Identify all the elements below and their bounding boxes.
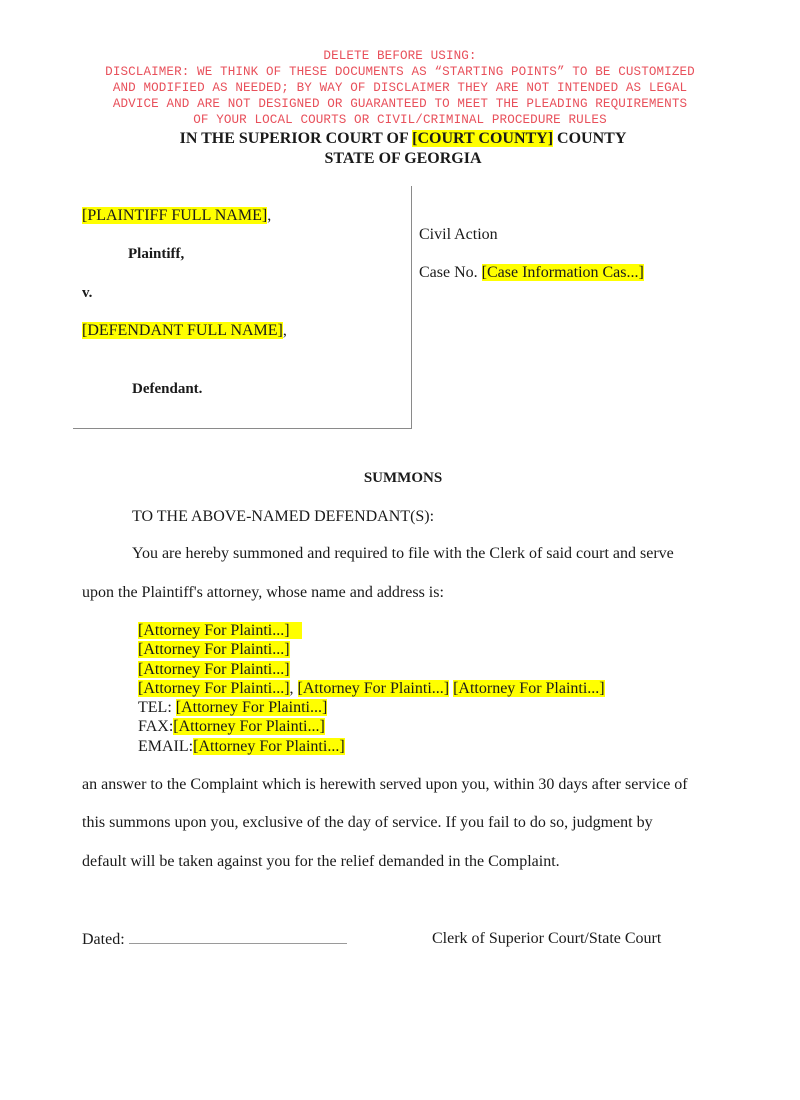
disclaimer-line: AND MODIFIED AS NEEDED; BY WAY OF DISCLA… — [0, 80, 800, 96]
caption-divider-vertical — [411, 186, 412, 429]
paragraph-1-line-2: upon the Plaintiff's attorney, whose nam… — [82, 583, 444, 603]
attorney-line-3: [Attorney For Plainti...] — [138, 660, 605, 679]
comma: , — [267, 207, 271, 224]
comma: , — [283, 322, 287, 339]
attorney-email-line: EMAIL:[Attorney For Plainti...] — [138, 737, 605, 756]
attorney-line-2: [Attorney For Plainti...] — [138, 640, 605, 659]
court-name-line: IN THE SUPERIOR COURT OF [COURT COUNTY] … — [0, 129, 800, 149]
defendant-label: Defendant. — [132, 379, 202, 399]
plaintiff-label: Plaintiff, — [128, 244, 184, 264]
attorney-field[interactable]: [Attorney For Plainti...] — [138, 641, 290, 658]
defendant-name-line: [DEFENDANT FULL NAME], — [82, 321, 287, 341]
paragraph-2-line-2: this summons upon you, exclusive of the … — [82, 813, 653, 833]
date-signature-blank[interactable] — [129, 929, 347, 944]
salutation: TO THE ABOVE-NAMED DEFENDANT(S): — [132, 507, 434, 527]
paragraph-2-line-3: default will be taken against you for th… — [82, 852, 560, 872]
case-no-label: Case No. — [419, 264, 482, 281]
attorney-tel-line: TEL: [Attorney For Plainti...] — [138, 698, 605, 717]
attorney-block: [Attorney For Plainti...] [Attorney For … — [138, 621, 605, 756]
disclaimer-block: DELETE BEFORE USING: DISCLAIMER: WE THIN… — [0, 48, 800, 128]
plaintiff-name-line: [PLAINTIFF FULL NAME], — [82, 206, 271, 226]
court-suffix: COUNTY — [553, 130, 626, 147]
disclaimer-line: OF YOUR LOCAL COURTS OR CIVIL/CRIMINAL P… — [0, 112, 800, 128]
state-line: STATE OF GEORGIA — [0, 149, 800, 169]
clerk-label: Clerk of Superior Court/State Court — [432, 929, 661, 949]
tel-label: TEL: — [138, 699, 176, 716]
dated-label: Dated: — [82, 931, 125, 948]
separator: , — [290, 680, 298, 697]
email-label: EMAIL: — [138, 738, 193, 755]
attorney-tel-field[interactable]: [Attorney For Plainti...] — [176, 699, 328, 716]
plaintiff-name-field[interactable]: [PLAINTIFF FULL NAME] — [82, 207, 267, 224]
court-county-field[interactable]: [COURT COUNTY] — [412, 130, 553, 147]
attorney-fax-field[interactable]: [Attorney For Plainti...] — [173, 718, 325, 735]
paragraph-1-line-1: You are hereby summoned and required to … — [132, 544, 674, 564]
attorney-line-1: [Attorney For Plainti...] — [138, 621, 605, 640]
attorney-city-state-zip: [Attorney For Plainti...], [Attorney For… — [138, 679, 605, 698]
attorney-fax-line: FAX:[Attorney For Plainti...] — [138, 717, 605, 736]
attorney-city-field[interactable]: [Attorney For Plainti...] — [138, 680, 290, 697]
attorney-email-field[interactable]: [Attorney For Plainti...] — [193, 738, 345, 755]
dated-line: Dated: — [82, 929, 347, 950]
disclaimer-line: DISCLAIMER: WE THINK OF THESE DOCUMENTS … — [0, 64, 800, 80]
versus-label: v. — [82, 283, 92, 303]
disclaimer-line: ADVICE AND ARE NOT DESIGNED OR GUARANTEE… — [0, 96, 800, 112]
court-prefix: IN THE SUPERIOR COURT OF — [180, 130, 413, 147]
summons-title: SUMMONS — [0, 468, 800, 488]
case-no-field[interactable]: [Case Information Cas...] — [482, 264, 644, 281]
defendant-name-field[interactable]: [DEFENDANT FULL NAME] — [82, 322, 283, 339]
caption-divider-horizontal — [73, 428, 412, 429]
court-header: IN THE SUPERIOR COURT OF [COURT COUNTY] … — [0, 129, 800, 169]
attorney-zip-field[interactable]: [Attorney For Plainti...] — [453, 680, 605, 697]
attorney-field[interactable]: [Attorney For Plainti...] — [138, 661, 290, 678]
attorney-state-field[interactable]: [Attorney For Plainti...] — [298, 680, 450, 697]
disclaimer-line: DELETE BEFORE USING: — [0, 48, 800, 64]
case-number-line: Case No. [Case Information Cas...] — [419, 263, 644, 283]
attorney-field[interactable]: [Attorney For Plainti...] — [138, 622, 290, 639]
paragraph-2-line-1: an answer to the Complaint which is here… — [82, 775, 688, 795]
highlight-padding — [290, 622, 302, 639]
fax-label: FAX: — [138, 718, 173, 735]
civil-action-label: Civil Action — [419, 225, 498, 245]
